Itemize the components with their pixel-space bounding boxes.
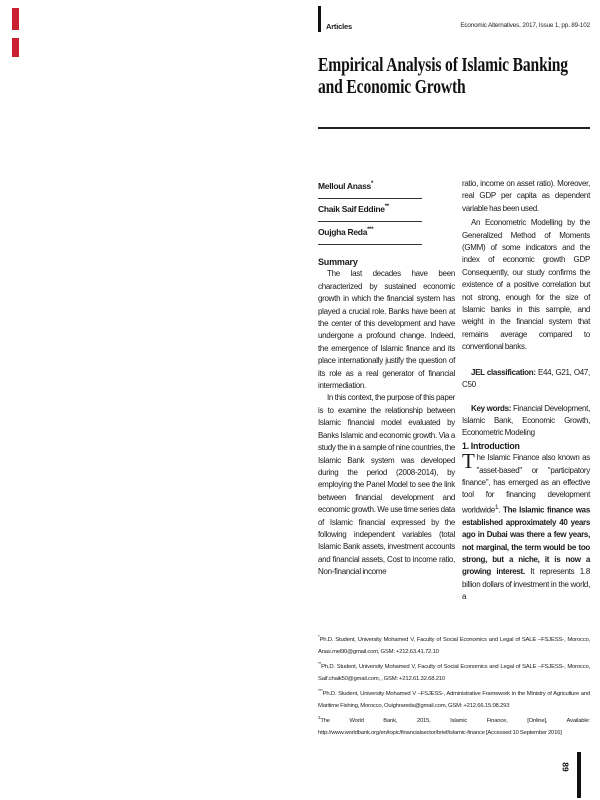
jel-label: JEL classification: [471, 368, 536, 377]
paper-content: Articles Economic Alternatives, 2017, Is… [318, 0, 590, 800]
footnote: ***Ph.D. Student, University Mohamed V –… [318, 685, 590, 712]
author-name-text: Chaik Saif Eddine [318, 204, 385, 214]
introduction-heading: 1. Introduction [462, 440, 590, 452]
journal-reference: Economic Alternatives, 2017, Issue 1, pp… [460, 22, 590, 32]
summary-paragraph: The last decades have been characterized… [318, 268, 455, 392]
page-header: Articles Economic Alternatives, 2017, Is… [318, 6, 590, 32]
left-column: Summary The last decades have been chara… [318, 256, 455, 579]
page-number: 89 [561, 762, 571, 771]
paper-title: Empirical Analysis of Islamic Banking an… [318, 54, 591, 98]
summary-paragraph: In this context, the purpose of this pap… [318, 392, 455, 578]
footnote-text: The World Bank, 2015, Islamic Finance, [… [318, 718, 590, 736]
author-name-text: Melloul Anass [318, 181, 371, 191]
intro-bold: The Islamic finance was established appr… [462, 505, 590, 576]
red-corner-mark [12, 8, 19, 30]
author-name: Melloul Anass* [318, 176, 422, 199]
footnote: *Ph.D. Student, University Mohamed V, Fa… [318, 631, 590, 658]
author-footnote-marker: ** [385, 204, 389, 210]
author-footnote-marker: * [371, 181, 373, 187]
keywords-label: Key words: [471, 404, 511, 413]
author-name-text: Oujgha Reda [318, 227, 367, 237]
footnote-text: Ph.D. Student, University Mohamed V, Fac… [318, 637, 590, 655]
footnote: **Ph.D. Student, University Mohamed V, F… [318, 658, 590, 685]
jel-classification: JEL classification: E44, G21, O47, C50 [462, 367, 590, 392]
keywords: Key words: Financial Development, Islami… [462, 403, 590, 440]
introduction-paragraph: The Islamic Finance also known as "asset… [462, 452, 590, 604]
author-name: Oujgha Reda*** [318, 222, 422, 245]
scanned-paper-page: Articles Economic Alternatives, 2017, Is… [0, 0, 600, 800]
author-name: Chaik Saif Eddine** [318, 199, 422, 222]
dropcap: T [462, 452, 477, 471]
author-footnote-marker: *** [367, 227, 373, 233]
right-column: ratio, income on asset ratio). Moreover,… [462, 178, 590, 604]
page-number-bar [577, 752, 581, 798]
footnote: 1The World Bank, 2015, Islamic Finance, … [318, 712, 590, 739]
footnote-text: Ph.D. Student, University Mohamed V, Fac… [318, 664, 590, 682]
section-label: Articles [326, 22, 352, 32]
title-rule [318, 127, 590, 129]
red-corner-mark [12, 38, 19, 57]
section-divider-bar [318, 6, 321, 32]
author-list: Melloul Anass* Chaik Saif Eddine** Oujgh… [318, 176, 455, 245]
summary-paragraph: An Econometric Modelling by the Generali… [462, 217, 590, 353]
summary-continuation: ratio, income on asset ratio). Moreover,… [462, 178, 590, 215]
summary-heading: Summary [318, 256, 455, 268]
footnote-text: Ph.D. Student, University Mohamed V –FSJ… [318, 691, 590, 709]
footnotes: *Ph.D. Student, University Mohamed V, Fa… [318, 631, 590, 740]
section-block: Articles [318, 6, 352, 32]
